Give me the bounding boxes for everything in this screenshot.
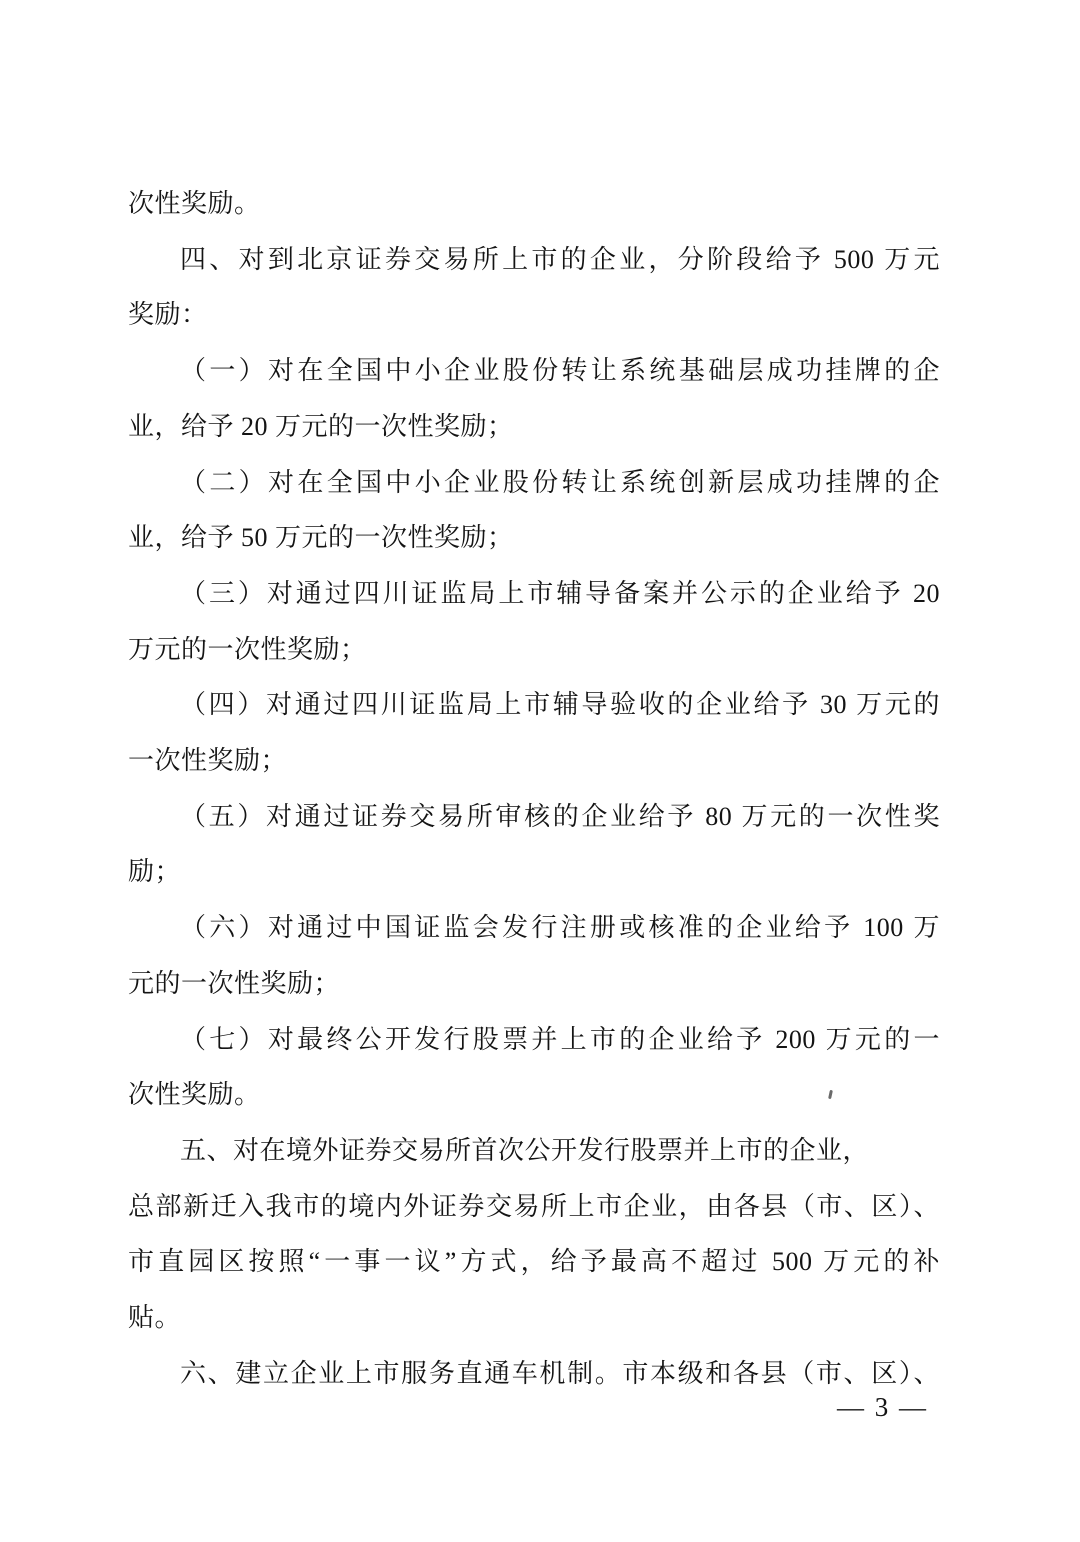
- page-number: — 3 —: [837, 1392, 928, 1422]
- text-line: 四、对到北京证券交易所上市的企业，分阶段给予 500 万元: [128, 232, 940, 288]
- text-line: （三）对通过四川证监局上市辅导备案并公示的企业给予 20: [128, 566, 940, 622]
- text-line: 万元的一次性奖励；: [128, 622, 940, 678]
- text-line: 一次性奖励；: [128, 733, 940, 789]
- text-line: 六、建立企业上市服务直通车机制。市本级和各县（市、区）、: [128, 1346, 940, 1402]
- text-line: 奖励：: [128, 287, 940, 343]
- document-body: 次性奖励。 四、对到北京证券交易所上市的企业，分阶段给予 500 万元 奖励： …: [128, 176, 940, 1401]
- text-line: （五）对通过证券交易所审核的企业给予 80 万元的一次性奖: [128, 789, 940, 845]
- text-line: 业，给予 50 万元的一次性奖励；: [128, 510, 940, 566]
- text-line: 总部新迁入我市的境内外证券交易所上市企业，由各县（市、区）、: [128, 1179, 940, 1235]
- document-page: 次性奖励。 四、对到北京证券交易所上市的企业，分阶段给予 500 万元 奖励： …: [0, 0, 1080, 1542]
- text-line: （六）对通过中国证监会发行注册或核准的企业给予 100 万: [128, 900, 940, 956]
- text-line: 次性奖励。: [128, 1067, 940, 1123]
- text-line: （二）对在全国中小企业股份转让系统创新层成功挂牌的企: [128, 455, 940, 511]
- text-line: 元的一次性奖励；: [128, 956, 940, 1012]
- text-line: 励；: [128, 844, 940, 900]
- text-line: 贴。: [128, 1290, 940, 1346]
- text-line: （一）对在全国中小企业股份转让系统基础层成功挂牌的企: [128, 343, 940, 399]
- text-line: 五、对在境外证券交易所首次公开发行股票并上市的企业，: [128, 1123, 940, 1179]
- text-line: 次性奖励。: [128, 176, 940, 232]
- text-line: 业，给予 20 万元的一次性奖励；: [128, 399, 940, 455]
- text-line: （七）对最终公开发行股票并上市的企业给予 200 万元的一: [128, 1012, 940, 1068]
- text-line: （四）对通过四川证监局上市辅导验收的企业给予 30 万元的: [128, 677, 940, 733]
- text-line: 市直园区按照“一事一议”方式，给予最高不超过 500 万元的补: [128, 1234, 940, 1290]
